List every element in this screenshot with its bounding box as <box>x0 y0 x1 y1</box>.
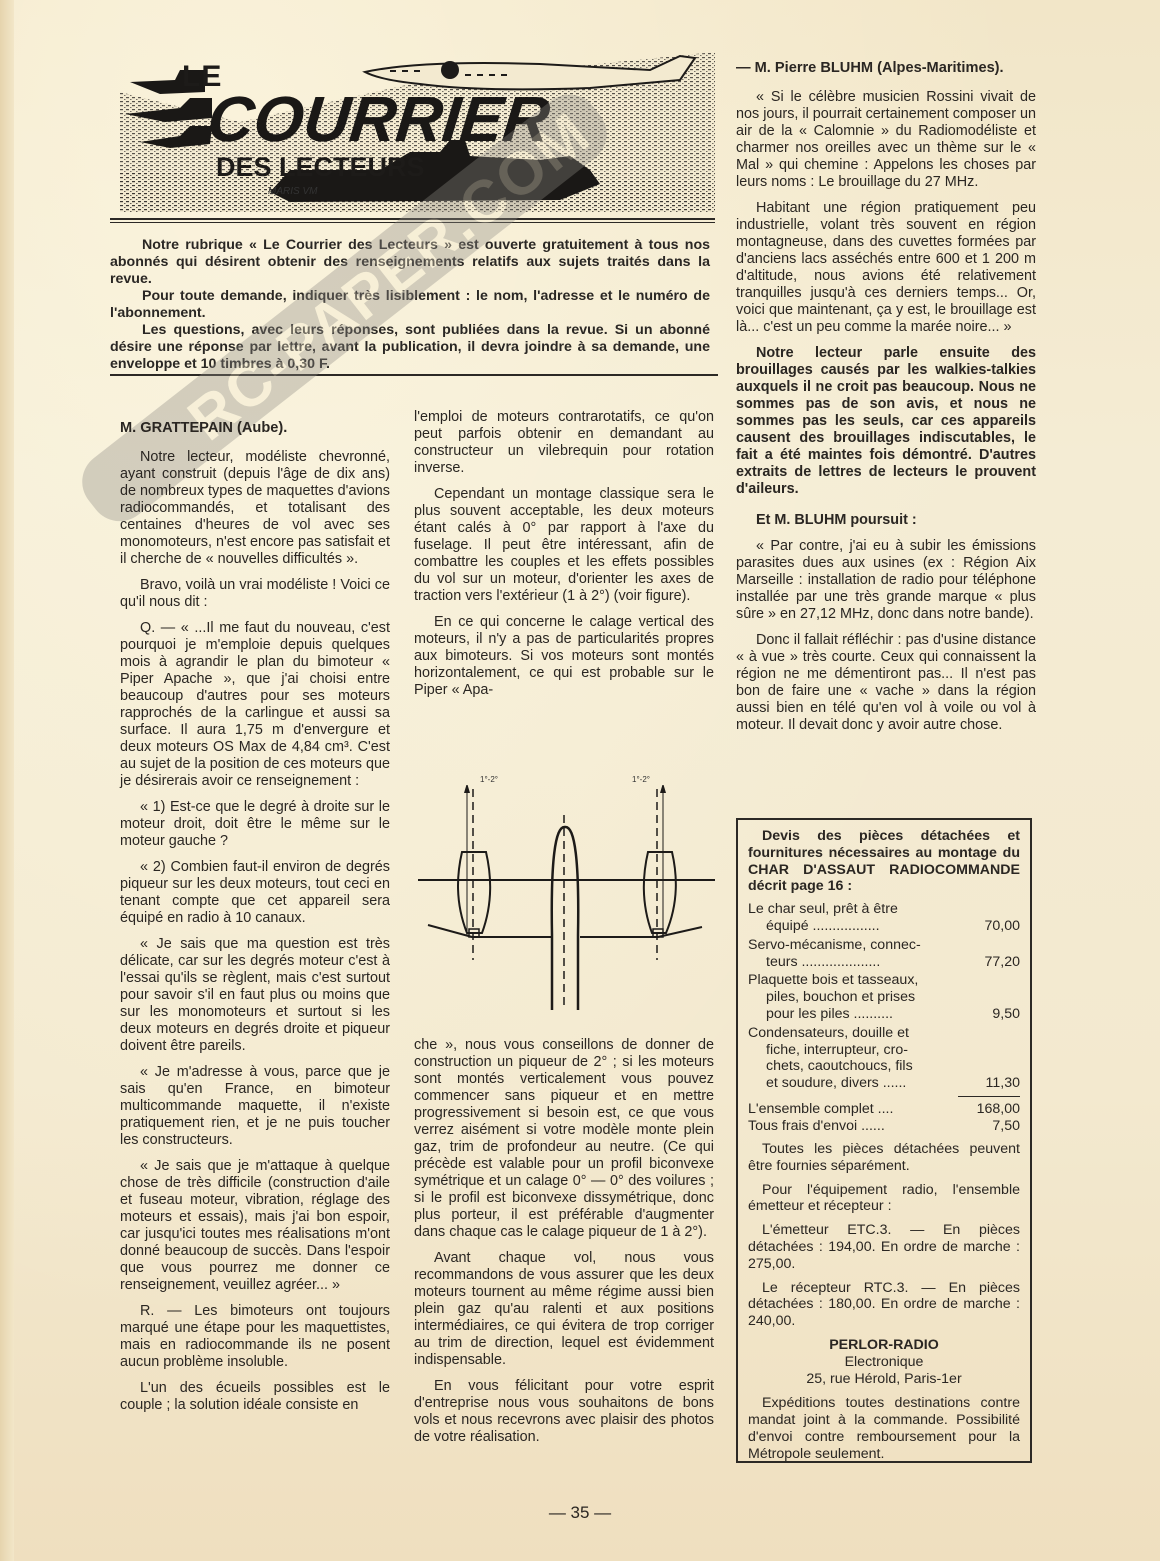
company-name: PERLOR-RADIO <box>748 1337 1020 1354</box>
answer-paragraph: R. — Les bimoteurs ont toujours marqué u… <box>120 1303 390 1371</box>
price-item-value: 70,00 <box>958 918 1020 935</box>
price-item: Plaquette bois et tasseaux, piles, bouch… <box>748 972 1020 1022</box>
company-address: 25, rue Hérold, Paris-1er <box>748 1371 1020 1388</box>
left-column: M. GRATTEPAIN (Aube). Notre lecteur, mod… <box>120 420 390 1423</box>
price-item: Condensateurs, douille et fiche, interru… <box>748 1025 1020 1092</box>
paragraph: Habitant une région pratiquement peu ind… <box>736 200 1036 336</box>
banner-title-main: COURRIER <box>204 82 553 156</box>
total-value: 168,00 <box>958 1101 1020 1118</box>
letter-heading-bluhm: — M. Pierre BLUHM (Alpes-Maritimes). <box>736 60 1036 77</box>
total-rule <box>958 1096 1020 1098</box>
engine-alignment-figure: 1°-2° 1°-2° <box>410 785 720 1010</box>
total-row: L'ensemble complet ....168,00 <box>748 1101 1020 1118</box>
price-item-label-cont: et soudure, divers ...... <box>766 1075 958 1092</box>
emitter-price: L'émetteur ETC.3. — En pièces détachées … <box>748 1222 1020 1272</box>
letter-heading-grattepain: M. GRATTEPAIN (Aube). <box>120 420 390 437</box>
price-item-value: 9,50 <box>958 1006 1020 1023</box>
shipping-row: Tous frais d'envoi ......7,50 <box>748 1118 1020 1135</box>
shipping-value: 7,50 <box>958 1118 1020 1135</box>
right-column: — M. Pierre BLUHM (Alpes-Maritimes). « S… <box>736 60 1036 743</box>
total-label: L'ensemble complet .... <box>748 1101 958 1118</box>
price-item-label: Servo-mécanisme, connec- <box>748 937 1020 954</box>
price-item-label: Le char seul, prêt à être <box>748 901 1020 918</box>
question-paragraph: « Je sais que je m'attaque à quelque cho… <box>120 1158 390 1294</box>
price-item-label-cont: teurs .................... <box>766 954 958 971</box>
intro-paragraph: Les questions, avec leurs réponses, sont… <box>110 322 710 373</box>
paragraph: « Par contre, j'ai eu à subir les émissi… <box>736 538 1036 623</box>
separate-parts-note: Toutes les pièces détachées peuvent être… <box>748 1141 1020 1175</box>
question-paragraph: « Je sais que ma question est très délic… <box>120 936 390 1055</box>
question-paragraph: « Je m'adresse à vous, parce que je sais… <box>120 1064 390 1149</box>
middle-column-bottom: che », nous vous conseillons de donner d… <box>414 1037 714 1455</box>
page-number: — 35 — <box>0 1503 1160 1523</box>
intro-block: Notre rubrique « Le Courrier des Lecteur… <box>110 237 710 373</box>
receiver-price: Le récepteur RTC.3. — En pièces détachée… <box>748 1280 1020 1330</box>
price-item-value: 11,30 <box>958 1075 1020 1092</box>
paragraph: l'emploi de moteurs contrarotatifs, ce q… <box>414 409 714 477</box>
paragraph: En ce qui concerne le calage vertical de… <box>414 614 714 699</box>
header-rule-thin <box>110 222 715 223</box>
intro-paragraph: Pour toute demande, indiquer très lisibl… <box>110 288 710 322</box>
price-item-label-mid2: chets, caoutchoucs, fils <box>748 1058 1020 1075</box>
intro-paragraph: Notre rubrique « Le Courrier des Lecteur… <box>110 237 710 288</box>
price-item-label-mid: fiche, interrupteur, cro- <box>748 1042 1020 1059</box>
company-subtitle: Electronique <box>748 1354 1020 1371</box>
price-item-value: 77,20 <box>958 954 1020 971</box>
paragraph: Donc il fallait réfléchir : pas d'usine … <box>736 632 1036 734</box>
price-item-label: Condensateurs, douille et <box>748 1025 1020 1042</box>
radio-intro: Pour l'équipement radio, l'ensemble émet… <box>748 1182 1020 1216</box>
subheading: Et M. BLUHM poursuit : <box>736 512 1036 529</box>
banner-signature: MARIS VM <box>268 186 317 197</box>
question-paragraph: « 1) Est-ce que le degré à droite sur le… <box>120 799 390 850</box>
banner-title-sub: DES LECTEURS <box>216 152 425 183</box>
price-box-title: Devis des pièces détachées et fourniture… <box>748 828 1020 895</box>
paragraph: Avant chaque vol, nous vous recommandons… <box>414 1250 714 1369</box>
paragraph: Bravo, voilà un vrai modéliste ! Voici c… <box>120 577 390 611</box>
paragraph: che », nous vous conseillons de donner d… <box>414 1037 714 1241</box>
question-paragraph: Q. — « ...Il me faut du nouveau, c'est p… <box>120 620 390 790</box>
paragraph: Notre lecteur, modéliste chevronné, ayan… <box>120 449 390 568</box>
question-paragraph: « 2) Combien faut-il environ de degrés p… <box>120 859 390 927</box>
editor-response: Notre lecteur parle ensuite des brouilla… <box>736 345 1036 498</box>
page-edge <box>0 0 14 1561</box>
paragraph: En vous félicitant pour votre esprit d'e… <box>414 1378 714 1446</box>
answer-paragraph: L'un des écueils possibles est le couple… <box>120 1380 390 1414</box>
price-item: Le char seul, prêt à être équipé .......… <box>748 901 1020 935</box>
price-item: Servo-mécanisme, connec- teurs .........… <box>748 937 1020 971</box>
paragraph: Cependant un montage classique sera le p… <box>414 486 714 605</box>
header-banner: LE COURRIER DES LECTEURS MARIS VM <box>120 52 715 212</box>
price-item-label: Plaquette bois et tasseaux, <box>748 972 1020 989</box>
shipping-note: Expéditions toutes destinations contre m… <box>748 1395 1020 1462</box>
shipping-label: Tous frais d'envoi ...... <box>748 1118 958 1135</box>
header-rule <box>110 218 715 220</box>
middle-column-top: l'emploi de moteurs contrarotatifs, ce q… <box>414 409 714 708</box>
angle-label-right: 1°-2° <box>632 775 650 784</box>
price-quote-box: Devis des pièces détachées et fourniture… <box>736 818 1032 1463</box>
aircraft-diagram <box>410 785 720 1010</box>
price-item-label-cont: pour les piles .......... <box>766 1006 958 1023</box>
price-item-label-cont: équipé ................. <box>766 918 958 935</box>
intro-rule <box>110 374 718 376</box>
angle-label-left: 1°-2° <box>480 775 498 784</box>
price-item-label-mid: piles, bouchon et prises <box>748 989 1020 1006</box>
paragraph: « Si le célèbre musicien Rossini vivait … <box>736 89 1036 191</box>
